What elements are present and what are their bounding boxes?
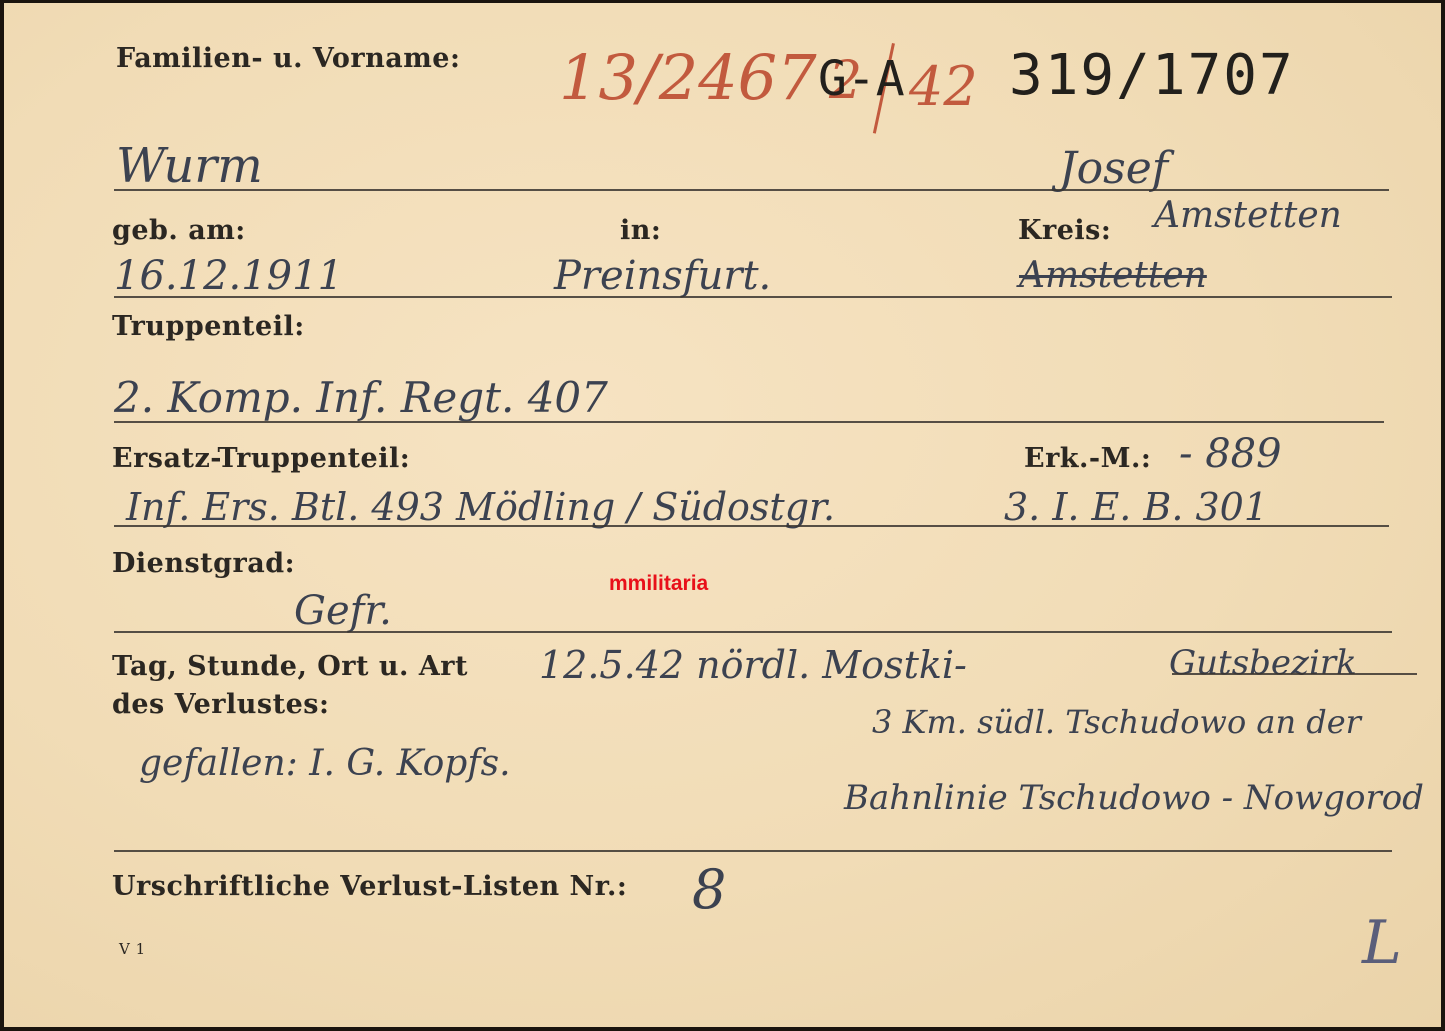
red-reference-year: 42	[909, 55, 978, 118]
loss-location-line-3: Bahnlinie Tschudowo - Nowgorod	[844, 778, 1424, 818]
red-reference-number: 13/2467	[559, 41, 817, 114]
unit-label: Truppenteil:	[112, 311, 305, 342]
loss-location-line-2: 3 Km. südl. Tschudowo an der	[872, 703, 1361, 741]
kreis-label: Kreis:	[1018, 215, 1111, 246]
loss-extra-value: Gutsbezirk	[1169, 643, 1357, 683]
watermark: mmilitaria	[609, 572, 708, 596]
born-label: geb. am:	[112, 215, 246, 246]
born-place-value: Preinsfurt.	[554, 253, 771, 299]
stamp-prefix: G-A	[818, 51, 905, 107]
rank-label: Dienstgrad:	[112, 548, 295, 579]
stamp-number: 319/1707	[1009, 43, 1295, 108]
rank-rule	[114, 631, 1392, 633]
loss-rule	[114, 850, 1392, 852]
name-label: Familien- u. Vorname:	[116, 43, 460, 74]
replacement-value: Inf. Ers. Btl. 493 Mödling / Südostgr.	[126, 485, 835, 529]
unit-value: 2. Komp. Inf. Regt. 407	[114, 373, 608, 422]
loss-label-line-2: des Verlustes:	[112, 689, 329, 720]
loss-date-value: 12.5.42 nördl. Mostki-	[539, 643, 967, 687]
erk-value: - 889	[1179, 431, 1282, 477]
replacement-rule	[114, 525, 1389, 527]
rank-value: Gefr.	[294, 588, 392, 634]
form-code: V 1	[119, 940, 146, 958]
replacement-extra-value: 3. I. E. B. 301	[1004, 485, 1268, 529]
replacement-label: Ersatz-Truppenteil:	[112, 443, 410, 474]
birth-rule	[114, 296, 1392, 298]
kreis-value: Amstetten	[1154, 195, 1342, 236]
loss-extra-underline	[1172, 673, 1417, 675]
loss-type-value: gefallen: I. G. Kopfs.	[139, 743, 511, 784]
in-label: in:	[620, 215, 661, 246]
surname-value: Wurm	[116, 138, 263, 194]
kreis-struck-value: Amstetten	[1019, 255, 1207, 296]
born-date-value: 16.12.1911	[114, 253, 343, 299]
list-label: Urschriftliche Verlust-Listen Nr.:	[112, 871, 627, 902]
name-rule	[114, 189, 1389, 191]
first-name-value: Josef	[1059, 143, 1168, 194]
erk-label: Erk.-M.:	[1024, 443, 1151, 474]
initial-mark: L	[1362, 908, 1402, 978]
casualty-record-card: Familien- u. Vorname: 13/2467 2 42 G-A 3…	[4, 3, 1441, 1027]
unit-rule	[114, 421, 1384, 423]
loss-label-line-1: Tag, Stunde, Ort u. Art	[112, 651, 468, 682]
list-value: 8	[692, 858, 726, 921]
